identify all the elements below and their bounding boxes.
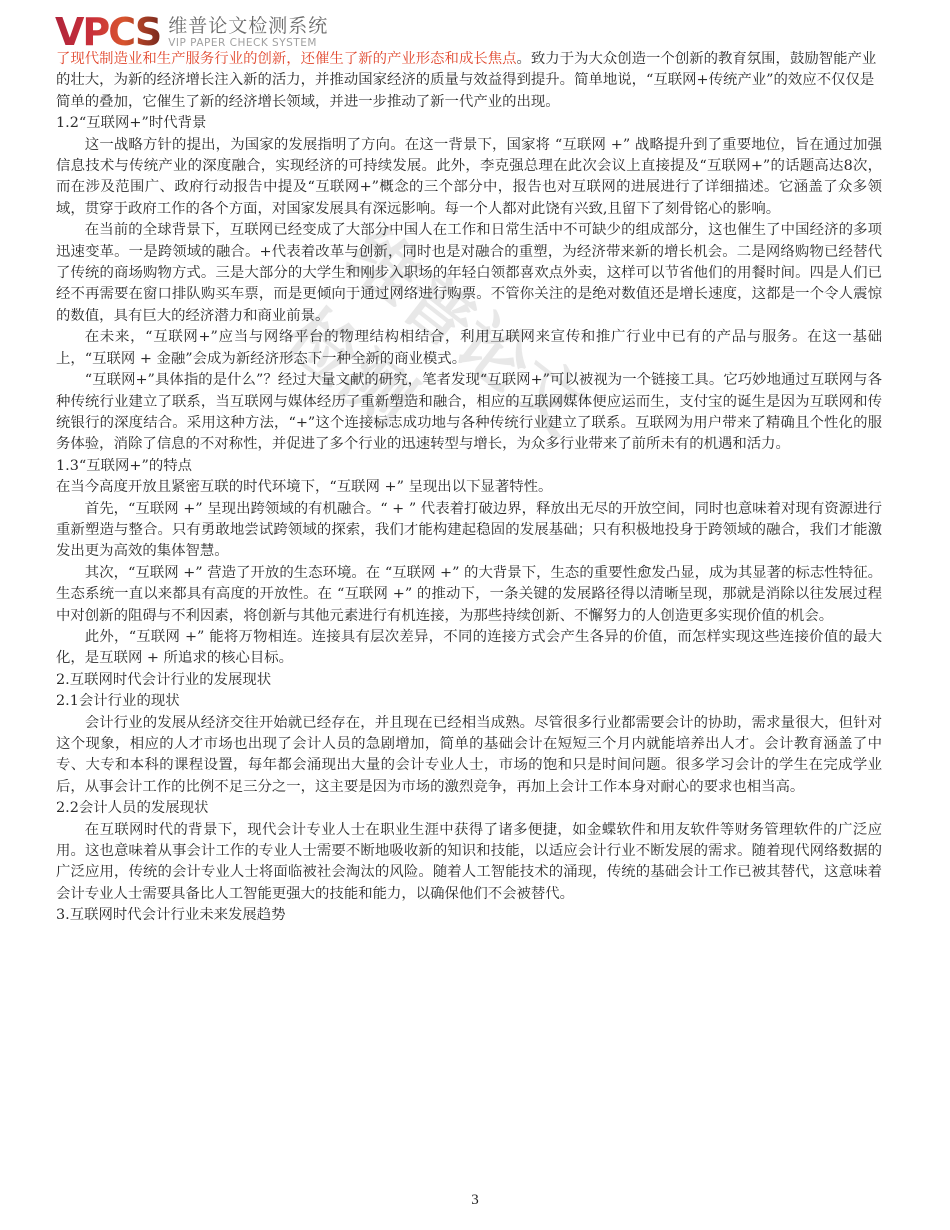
document-body: 了现代制造业和生产服务行业的创新，还催生了新的产业形态和成长焦点。致力于为大众创… (56, 49, 882, 927)
highlighted-text: 了现代制造业和生产服务行业的创新，还催生了新的产业形态和成长焦点 (56, 51, 517, 67)
logo-english-name: VIP PAPER CHECK SYSTEM (168, 37, 328, 49)
paragraph: “互联网+”具体指的是什么”？经过大量文献的研究，笔者发现“互联网+”可以被视为… (56, 370, 882, 456)
section-heading-1-2: 1.2“互联网+”时代背景 (56, 113, 882, 134)
section-heading-1-3: 1.3“互联网+”的特点 (56, 456, 882, 477)
section-heading-2-1: 2.1会计行业的现状 (56, 691, 882, 712)
paragraph: 此外，“互联网 +” 能将万物相连。连接具有层次差异，不同的连接方式会产生各异的… (56, 627, 882, 670)
vpcs-logo: VPCS 维普论文检测系统 VIP PAPER CHECK SYSTEM (55, 12, 328, 52)
logo-mark: VPCS (55, 12, 160, 52)
paragraph: 其次，“互联网 +” 营造了开放的生态环境。在 “互联网 +” 的大背景下，生态… (56, 563, 882, 627)
logo-text: 维普论文检测系统 VIP PAPER CHECK SYSTEM (168, 15, 328, 49)
paragraph: 首先，“互联网 +” 呈现出跨领域的有机融合。“ + ” 代表着打破边界，释放出… (56, 499, 882, 563)
logo-chinese-name: 维普论文检测系统 (168, 15, 328, 37)
page-number: 3 (0, 1192, 950, 1209)
intro-paragraph: 了现代制造业和生产服务行业的创新，还催生了新的产业形态和成长焦点。致力于为大众创… (56, 49, 882, 113)
paragraph: 在互联网时代的背景下，现代会计专业人士在职业生涯中获得了诸多便捷，如金蝶软件和用… (56, 820, 882, 906)
section-heading-2-2: 2.2会计人员的发展现状 (56, 798, 882, 819)
section-heading-2: 2.互联网时代会计行业的发展现状 (56, 670, 882, 691)
paragraph: 在当前的全球背景下，互联网已经变成了大部分中国人在工作和日常生活中不可缺少的组成… (56, 220, 882, 327)
paragraph: 这一战略方针的提出，为国家的发展指明了方向。在这一背景下，国家将 “互联网 +”… (56, 135, 882, 221)
paragraph: 在未来，“互联网+”应当与网络平台的物理结构相结合，利用互联网来宣传和推广行业中… (56, 327, 882, 370)
section-heading-3: 3.互联网时代会计行业未来发展趋势 (56, 905, 882, 926)
paragraph: 会计行业的发展从经济交往开始就已经存在，并且现在已经相当成熟。尽管很多行业都需要… (56, 713, 882, 799)
section-lead: 在当今高度开放且紧密互联的时代环境下，“互联网 +” 呈现出以下显著特性。 (56, 477, 882, 498)
